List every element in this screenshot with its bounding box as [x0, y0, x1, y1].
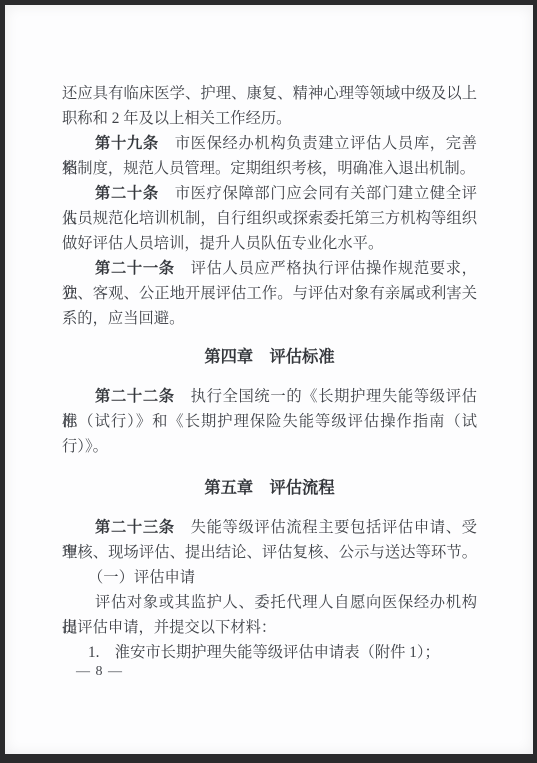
text-line: 第二十条 市医疗保障部门应会同有关部门建立健全评估	[62, 181, 477, 206]
list-item-line: 1. 淮安市长期护理失能等级评估申请表（附件 1）；	[62, 640, 477, 665]
text-line: 做好评估人员培训，提升人员队伍专业化水平。	[62, 231, 477, 256]
text-line: 还应具有临床医学、护理、康复、精神心理等领域中级及以上	[62, 81, 477, 106]
text-line: 系的，应当回避。	[62, 306, 477, 331]
chapter-heading-4: 第四章 评估标准	[62, 344, 477, 369]
text-line: 第二十三条 失能等级评估流程主要包括评估申请、受理	[62, 515, 477, 540]
article-number: 第十九条	[95, 135, 159, 152]
text-line: 出评估申请，并提交以下材料：	[62, 615, 477, 640]
text-line: 人员规范化培训机制，自行组织或探索委托第三方机构等组织	[62, 206, 477, 231]
text-line: 职称和 2 年及以上相关工作经历。	[62, 106, 477, 131]
text-line: 审核、现场评估、提出结论、评估复核、公示与送达等环节。	[62, 540, 477, 565]
text-line: 行）》。	[62, 434, 477, 459]
article-number: 第二十一条	[95, 260, 175, 277]
text-line: 立、客观、公正地开展评估工作。与评估对象有亲属或利害关	[62, 281, 477, 306]
chapter-heading-5: 第五章 评估流程	[62, 475, 477, 500]
page-number: — 8 —	[76, 664, 123, 680]
text-line: 案制度，规范人员管理。定期组织考核，明确准入退出机制。	[62, 156, 477, 181]
article-number: 第二十二条	[95, 388, 175, 405]
article-number: 第二十条	[95, 185, 159, 202]
document-text-column: 还应具有临床医学、护理、康复、精神心理等领域中级及以上 职称和 2 年及以上相关…	[62, 81, 477, 665]
text-line: 第二十二条 执行全国统一的《长期护理失能等级评估标	[62, 384, 477, 409]
text-line: 第十九条 市医保经办机构负责建立评估人员库，完善档	[62, 131, 477, 156]
text-line: （一）评估申请	[62, 565, 477, 590]
article-number: 第二十三条	[95, 519, 175, 536]
scanned-document-view: 还应具有临床医学、护理、康复、精神心理等领域中级及以上 职称和 2 年及以上相关…	[0, 0, 537, 763]
document-page: 还应具有临床医学、护理、康复、精神心理等领域中级及以上 职称和 2 年及以上相关…	[5, 5, 533, 754]
text-line: 准（试行）》和《长期护理保险失能等级评估操作指南（试	[62, 409, 477, 434]
text-line: 第二十一条 评估人员应严格执行评估操作规范要求，独	[62, 256, 477, 281]
text-line: 评估对象或其监护人、委托代理人自愿向医保经办机构提	[62, 590, 477, 615]
